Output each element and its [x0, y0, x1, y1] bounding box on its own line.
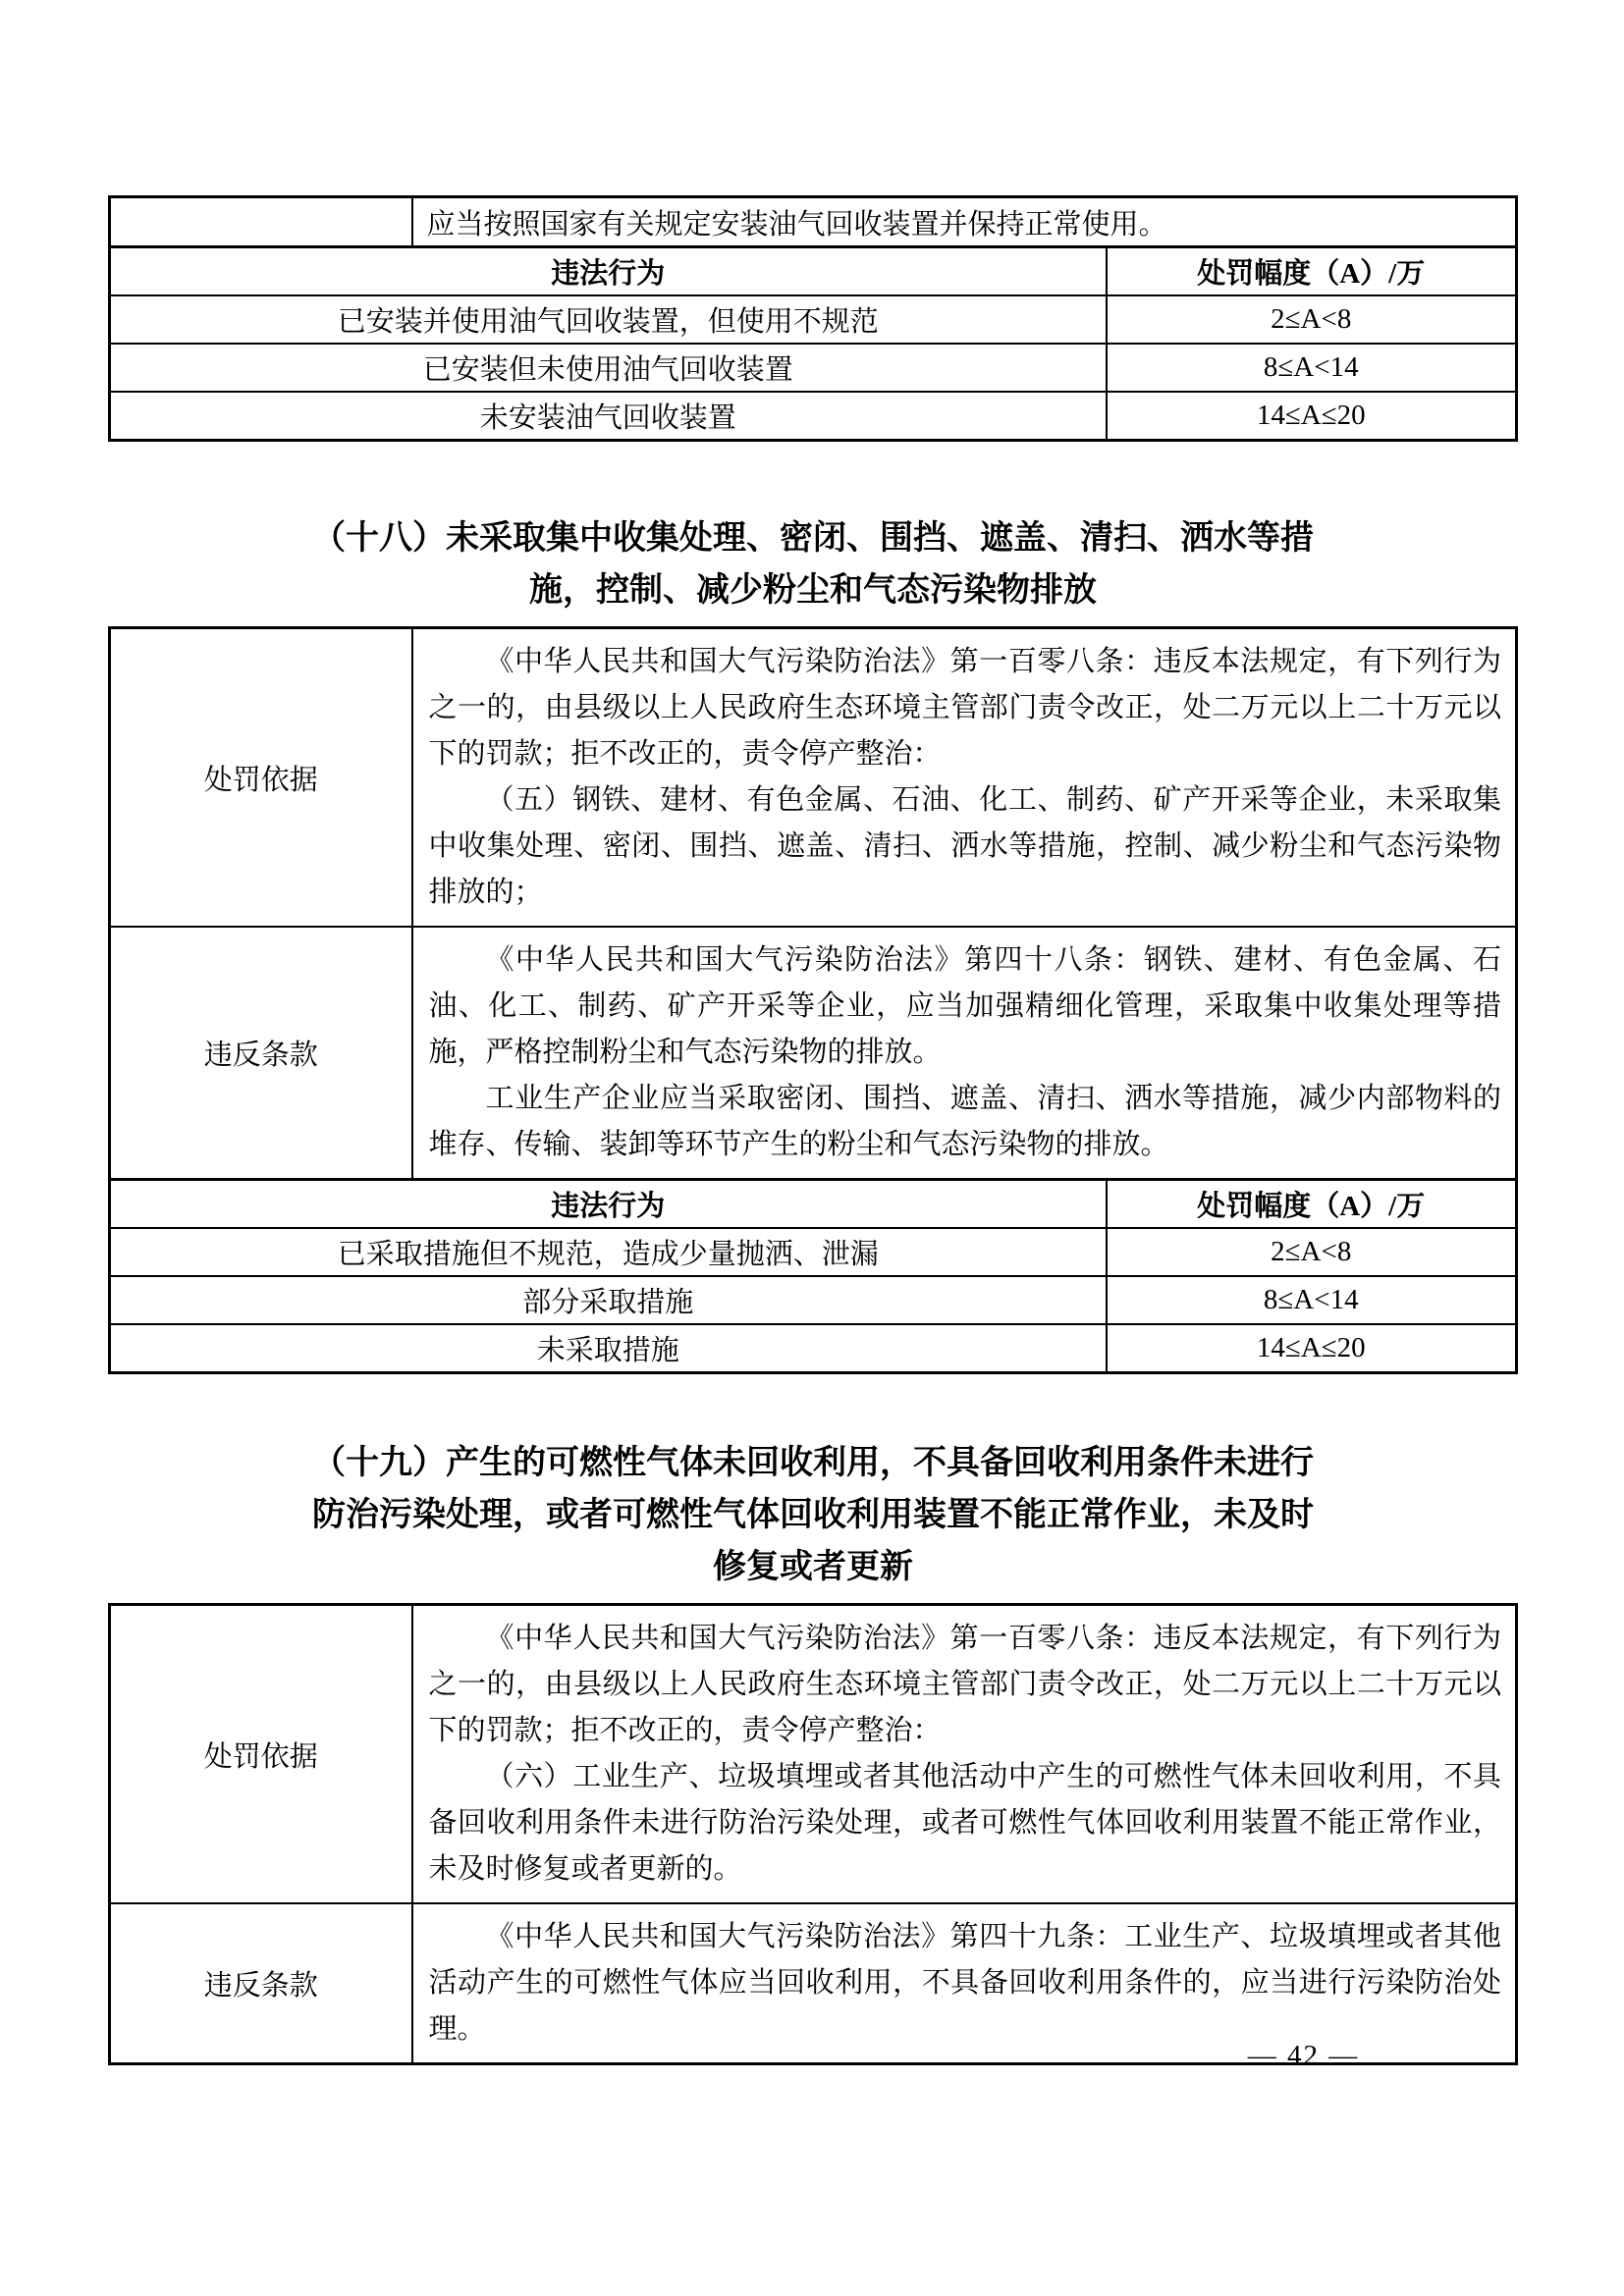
table-row: 应当按照国家有关规定安装油气回收装置并保持正常使用。: [110, 197, 1517, 247]
section-18-heading: （十八）未采取集中收集处理、密闭、围挡、遮盖、清扫、洒水等措 施，控制、减少粉尘…: [108, 512, 1518, 616]
clause-label: 违反条款: [110, 927, 412, 1180]
fine-range-header: 处罚幅度（A）/万: [1107, 1180, 1517, 1229]
page-content: 应当按照国家有关规定安装油气回收装置并保持正常使用。 违法行为 处罚幅度（A）/…: [108, 195, 1518, 2065]
violation-cell: 已安装但未使用油气回收装置: [110, 344, 1107, 392]
fine-range-cell: 14≤A≤20: [1107, 392, 1517, 441]
clause-label: 违反条款: [110, 1903, 412, 2064]
penalty-header-row: 违法行为 处罚幅度（A）/万: [110, 1180, 1517, 1229]
fine-range-cell: 8≤A<14: [1107, 344, 1517, 392]
table-row: 未采取措施 14≤A≤20: [110, 1324, 1517, 1373]
violation-header: 违法行为: [110, 247, 1107, 296]
table-row: 已安装并使用油气回收装置，但使用不规范 2≤A<8: [110, 295, 1517, 344]
clause-paragraph: 《中华人民共和国大气污染防治法》第四十八条：钢铁、建材、有色金属、石油、化工、制…: [429, 937, 1502, 1076]
document-page: 应当按照国家有关规定安装油气回收装置并保持正常使用。 违法行为 处罚幅度（A）/…: [0, 0, 1624, 2296]
table-row: 已安装但未使用油气回收装置 8≤A<14: [110, 344, 1517, 392]
violation-cell: 未采取措施: [110, 1324, 1107, 1373]
basis-label: 处罚依据: [110, 1605, 412, 1904]
table-row: 处罚依据 《中华人民共和国大气污染防治法》第一百零八条：违反本法规定，有下列行为…: [110, 628, 1517, 928]
violation-cell: 未安装油气回收装置: [110, 392, 1107, 441]
section-19-law-table: 处罚依据 《中华人民共和国大气污染防治法》第一百零八条：违反本法规定，有下列行为…: [108, 1603, 1518, 2065]
clause-paragraph: 工业生产企业应当采取密闭、围挡、遮盖、清扫、洒水等措施，减少内部物料的堆存、传输…: [429, 1076, 1502, 1168]
fine-range-cell: 8≤A<14: [1107, 1276, 1517, 1324]
table-row: 处罚依据 《中华人民共和国大气污染防治法》第一百零八条：违反本法规定，有下列行为…: [110, 1605, 1517, 1904]
fine-range-cell: 14≤A≤20: [1107, 1324, 1517, 1373]
page-number: — 42 —: [1218, 2040, 1389, 2072]
heading-line: （十八）未采取集中收集处理、密闭、围挡、遮盖、清扫、洒水等措: [108, 512, 1518, 564]
fine-range-header: 处罚幅度（A）/万: [1107, 247, 1517, 296]
basis-paragraph: 《中华人民共和国大气污染防治法》第一百零八条：违反本法规定，有下列行为之一的，由…: [429, 639, 1502, 777]
continuation-table: 应当按照国家有关规定安装油气回收装置并保持正常使用。: [108, 195, 1518, 248]
fine-range-cell: 2≤A<8: [1107, 295, 1517, 344]
basis-text-cell: 《中华人民共和国大气污染防治法》第一百零八条：违反本法规定，有下列行为之一的，由…: [412, 1605, 1517, 1904]
basis-label: 处罚依据: [110, 628, 412, 928]
heading-line: 施，控制、减少粉尘和气态污染物排放: [108, 564, 1518, 616]
clause-paragraph: 《中华人民共和国大气污染防治法》第四十九条：工业生产、垃圾填埋或者其他活动产生的…: [429, 1914, 1502, 2053]
table-row: 未安装油气回收装置 14≤A≤20: [110, 392, 1517, 441]
basis-paragraph: 《中华人民共和国大气污染防治法》第一百零八条：违反本法规定，有下列行为之一的，由…: [429, 1616, 1502, 1754]
violation-header: 违法行为: [110, 1180, 1107, 1229]
table-row: 违反条款 《中华人民共和国大气污染防治法》第四十八条：钢铁、建材、有色金属、石油…: [110, 927, 1517, 1180]
section-19-heading: （十九）产生的可燃性气体未回收利用，不具备回收利用条件未进行 防治污染处理，或者…: [108, 1437, 1518, 1593]
continuation-empty-cell: [110, 197, 412, 247]
heading-line: 防治污染处理，或者可燃性气体回收利用装置不能正常作业，未及时: [108, 1489, 1518, 1541]
penalty-header-row: 违法行为 处罚幅度（A）/万: [110, 247, 1517, 296]
continuation-text: 应当按照国家有关规定安装油气回收装置并保持正常使用。: [412, 197, 1517, 247]
violation-cell: 已采取措施但不规范，造成少量抛洒、泄漏: [110, 1228, 1107, 1276]
table-row: 部分采取措施 8≤A<14: [110, 1276, 1517, 1324]
continuation-penalty-table: 违法行为 处罚幅度（A）/万 已安装并使用油气回收装置，但使用不规范 2≤A<8…: [108, 245, 1518, 442]
section-18-law-table: 处罚依据 《中华人民共和国大气污染防治法》第一百零八条：违反本法规定，有下列行为…: [108, 626, 1518, 1181]
basis-paragraph: （六）工业生产、垃圾填埋或者其他活动中产生的可燃性气体未回收利用，不具备回收利用…: [429, 1754, 1502, 1893]
table-row: 已采取措施但不规范，造成少量抛洒、泄漏 2≤A<8: [110, 1228, 1517, 1276]
basis-paragraph: （五）钢铁、建材、有色金属、石油、化工、制药、矿产开采等企业，未采取集中收集处理…: [429, 777, 1502, 916]
section-18-penalty-table: 违法行为 处罚幅度（A）/万 已采取措施但不规范，造成少量抛洒、泄漏 2≤A<8…: [108, 1178, 1518, 1374]
heading-line: 修复或者更新: [108, 1541, 1518, 1593]
heading-line: （十九）产生的可燃性气体未回收利用，不具备回收利用条件未进行: [108, 1437, 1518, 1489]
basis-text-cell: 《中华人民共和国大气污染防治法》第一百零八条：违反本法规定，有下列行为之一的，由…: [412, 628, 1517, 928]
violation-cell: 部分采取措施: [110, 1276, 1107, 1324]
clause-text-cell: 《中华人民共和国大气污染防治法》第四十八条：钢铁、建材、有色金属、石油、化工、制…: [412, 927, 1517, 1180]
violation-cell: 已安装并使用油气回收装置，但使用不规范: [110, 295, 1107, 344]
fine-range-cell: 2≤A<8: [1107, 1228, 1517, 1276]
